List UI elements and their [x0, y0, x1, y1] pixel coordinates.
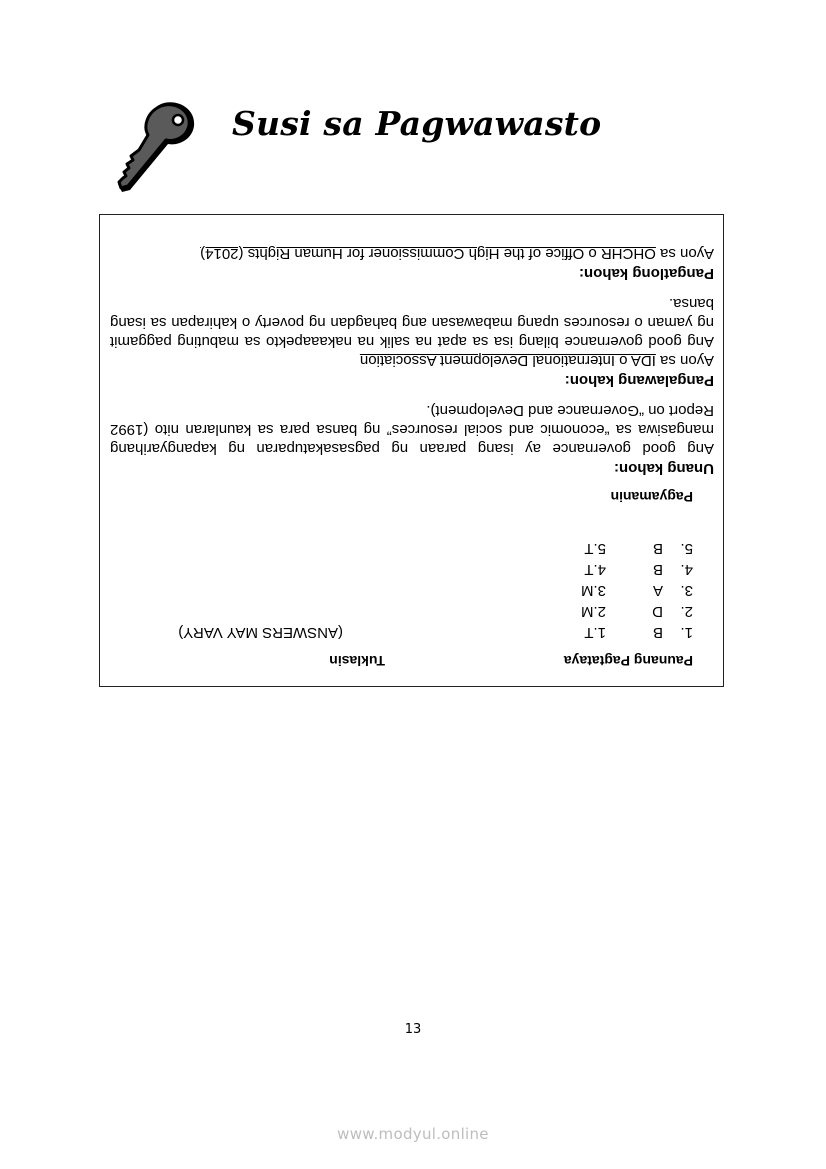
- key-icon: [112, 100, 198, 196]
- page-title: Susi sa Pagwawasto: [232, 104, 601, 143]
- answer-key-content-rotated: Paunang Pagtataya Tuklasin 1.B1.T 2.D2.M…: [100, 215, 723, 686]
- tuklasin-number: 3.: [593, 582, 606, 599]
- pangalawang-kahon-line: ng yaman o resources upang mabawasan ang…: [110, 313, 714, 332]
- item-answer: D: [606, 602, 663, 621]
- tuklasin-number: 5.: [593, 540, 606, 557]
- item-answer: B: [606, 539, 663, 558]
- unang-kahon-line: Report on “Governance and Development).: [110, 401, 714, 420]
- answer-row: 4.B4.T: [584, 560, 693, 579]
- tuklasin-number: 1.: [593, 624, 606, 641]
- item-number: 4.: [663, 560, 693, 579]
- tuklasin-answer: T: [584, 624, 593, 641]
- tuklasin-answer: M: [581, 603, 594, 620]
- tuklasin-answer: T: [584, 540, 593, 557]
- item-number: 2.: [663, 602, 693, 621]
- source-name: IDA o International Development Associat…: [360, 352, 656, 369]
- heading-tuklasin: Tuklasin: [329, 651, 385, 670]
- answer-row: 5.B5.T: [584, 539, 693, 558]
- item-answer: B: [606, 560, 663, 579]
- page-number: 13: [0, 1022, 826, 1037]
- heading-unang-kahon: Unang kahon:: [614, 459, 714, 478]
- tuklasin-answer: T: [584, 561, 593, 578]
- answer-row: 2.D2.M: [581, 602, 693, 621]
- answers-may-vary-note: (ANSWERS MAY VARY): [178, 623, 343, 642]
- item-number: 5.: [663, 539, 693, 558]
- answer-row: 1.B1.T: [584, 623, 693, 642]
- source-prefix: Ayon sa: [656, 352, 714, 369]
- item-number: 1.: [663, 623, 693, 642]
- heading-pangatlong-kahon: Pangatlong kahon:: [579, 264, 714, 283]
- answer-key-box: Paunang Pagtataya Tuklasin 1.B1.T 2.D2.M…: [99, 214, 724, 687]
- item-answer: B: [606, 623, 663, 642]
- unang-kahon-line: mangasiwa sa “economic and social resour…: [110, 420, 714, 439]
- source-prefix: Ayon sa: [656, 245, 714, 262]
- item-number: 3.: [663, 581, 693, 600]
- tuklasin-number: 4.: [593, 561, 606, 578]
- pangalawang-kahon-line: bansa.: [110, 294, 714, 313]
- answer-row: 3.A3.M: [581, 581, 693, 600]
- pangalawang-kahon-source: Ayon sa IDA o International Development …: [110, 351, 714, 370]
- unang-kahon-line: Ang good governance ay isang paraan ng p…: [110, 439, 714, 458]
- pangalawang-kahon-line: Ang good governance bilang isa sa apat n…: [110, 332, 714, 351]
- pangatlong-kahon-source: Ayon sa OHCHR o Office of the High Commi…: [110, 244, 714, 263]
- tuklasin-answer: M: [581, 582, 594, 599]
- watermark: www.modyul.online: [0, 1125, 826, 1143]
- source-name: OHCHR o Office of the High Commissioner …: [200, 245, 656, 262]
- heading-pagyamanin: Pagyamanin: [611, 487, 693, 506]
- heading-pangalawang-kahon: Pangalawang kahon:: [565, 371, 714, 390]
- tuklasin-number: 2.: [593, 603, 606, 620]
- heading-paunang-pagtataya: Paunang Pagtataya: [564, 651, 693, 670]
- item-answer: A: [606, 581, 663, 600]
